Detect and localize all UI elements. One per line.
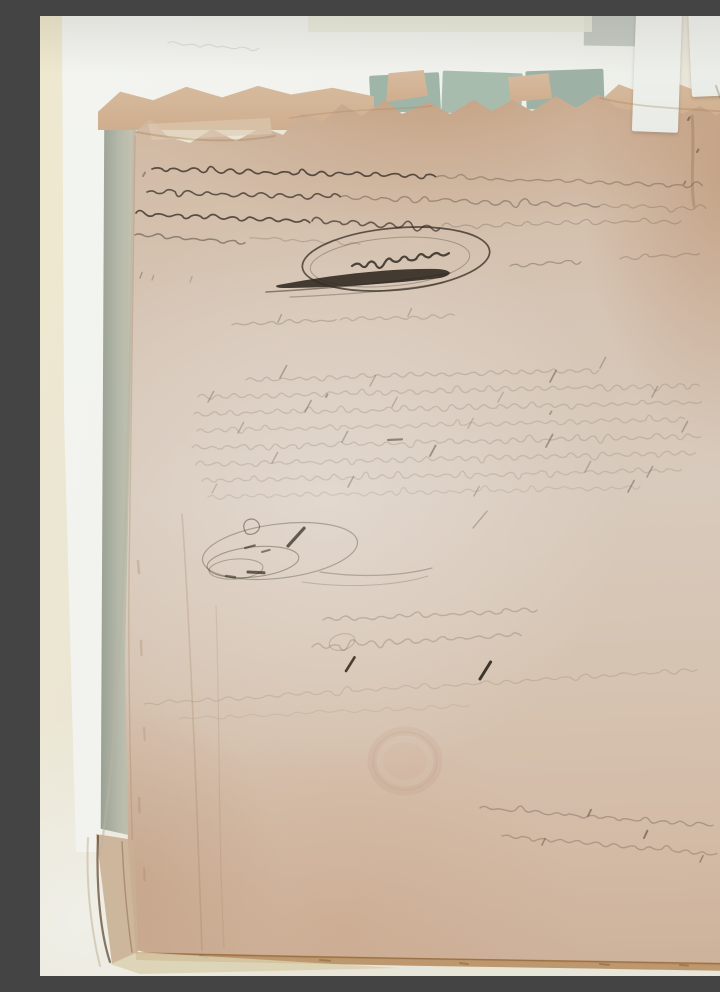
ink-stroke [168,42,259,51]
ink-stroke [305,401,311,413]
ink-stroke [340,314,454,321]
ink-stroke [248,572,264,573]
ink-stroke [546,435,553,447]
ink-stroke [323,608,537,620]
ink-stroke [320,568,432,575]
ink-stroke [208,391,214,402]
ink-stroke [680,965,688,966]
ink-stroke [436,175,702,188]
ink-stroke [550,371,556,383]
header-handwriting [135,167,706,282]
ink-stroke [250,238,360,245]
ink-stroke [682,421,688,432]
ink-stroke [182,514,202,950]
ink-stroke [138,561,139,573]
ink-stroke [290,106,432,118]
manuscript-photo: Photograph of an aged, torn 19th-century… [40,16,720,976]
ink-stroke [190,276,192,282]
ink-stroke [688,117,690,120]
ink-stroke [502,835,717,855]
ink-stroke [716,86,720,99]
ink-stroke [143,173,145,177]
ink-stroke [392,397,397,407]
ink-stroke [498,392,503,402]
embossed-stamp [372,731,438,791]
faded-center-note [232,309,454,325]
ink-stroke [383,742,427,780]
ink-stroke [346,657,355,671]
ink-stroke [141,641,142,655]
ink-stroke [194,400,701,416]
ink-stroke [246,369,599,381]
ink-stroke [430,445,436,456]
ink-stroke [312,217,439,231]
ink-stroke [312,633,521,651]
ink-stroke [280,366,287,378]
ink-stroke [135,234,245,244]
ink-stroke [272,452,278,463]
ink-stroke [388,439,402,440]
ink-stroke [327,631,356,653]
ink-stroke [600,357,606,368]
faint-signature-block [144,608,697,719]
ink-stroke [644,831,647,838]
ink-stroke [245,545,255,548]
gutter-tear [716,76,720,956]
ink-stroke [302,576,428,586]
ink-stroke [180,705,469,719]
ink-stroke [700,856,703,862]
ink-stroke [226,576,235,577]
ink-stroke [600,964,609,965]
ink-stroke [348,476,354,487]
ink-stroke [442,218,681,228]
ink-stroke [600,204,706,212]
ink-stroke [600,98,720,112]
ink-stroke [144,868,145,880]
ink-stroke [144,684,440,705]
faded-paragraph [192,357,701,499]
ink-stroke [139,798,140,812]
ink-stroke [288,528,304,546]
ink-stroke [460,963,468,964]
ink-stroke [320,960,330,961]
handwriting-layer [40,16,720,976]
ink-stroke [473,511,487,528]
ink-stroke [198,384,699,399]
ink-stroke [147,190,340,199]
ink-stroke [647,466,653,477]
ink-stroke [244,519,260,534]
ink-stroke [326,394,328,397]
ink-stroke [340,196,599,208]
ink-stroke [100,128,134,854]
ink-stroke [232,320,336,325]
ink-stroke [697,149,699,152]
ink-stroke [216,606,224,948]
ink-doodle-sketch [199,511,487,587]
ink-stroke [480,662,491,679]
ink-stroke [197,415,685,433]
ink-stroke [192,434,700,450]
pencil-note-on-under-sheet [168,42,259,51]
ink-stroke [352,253,449,268]
ink-stroke [692,116,694,206]
ink-stroke [684,181,686,184]
ink-stroke [238,422,244,433]
ink-stroke [196,451,696,467]
ink-stroke [202,468,682,482]
ink-stroke [136,211,310,223]
ink-stroke [152,167,435,179]
ink-stroke [342,431,348,442]
ink-stroke [408,309,411,316]
ink-stroke [96,834,138,964]
ink-stroke [208,486,640,499]
bottom-annotation [480,806,717,862]
ink-stroke [510,260,581,266]
ink-stroke [550,411,552,414]
ink-stroke [262,550,270,552]
ink-stroke [480,806,713,826]
ink-stroke [212,484,217,493]
ink-stroke [278,315,281,322]
ink-stroke [620,253,699,259]
ink-stroke [152,275,154,280]
ink-stroke [542,839,545,845]
ink-stroke [140,272,142,278]
signature-flourish [266,220,492,298]
ink-stroke [144,728,145,740]
